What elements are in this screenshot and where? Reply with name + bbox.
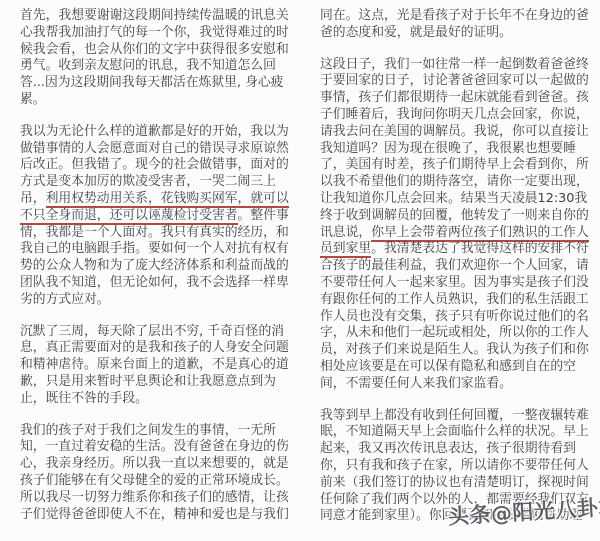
text-segment: 同在。这点，光是看孩子对于长年不在身边的爸 <box>320 8 589 23</box>
text-line: 心我帮我加油打气的每一个你，我觉得难过的时 <box>20 25 292 42</box>
letter-columns: 首先，我想要谢谢这段期间持续传温暖的讯息关心我帮我加油打气的每一个你，我觉得难过… <box>0 0 600 540</box>
text-segment: 了，美国有时差，孩子们期待早上会看到你，所 <box>320 157 589 172</box>
text-segment: 所以我尽一切努力维系你和孩子们的感情，让孩 <box>20 490 289 505</box>
text-line: 合孩子的最佳利益，我们欢迎你一个人回家，请 <box>320 258 592 275</box>
text-segment: 团队我不知道，但无论如何，我不会选择一样卑 <box>20 275 289 290</box>
text-segment: 爸的态度和爱，就是最好的证明。 <box>320 25 512 40</box>
text-segment: 吊， <box>20 191 46 206</box>
text-line: 员，对孩子们来说是陌生人。我认为孩子们和你 <box>320 342 592 359</box>
text-segment: 沉默了三周，每天除了层出不穷, 千奇百怪的消 <box>20 324 284 339</box>
letter-column-left: 首先，我想要谢谢这段期间持续传温暖的讯息关心我帮我加油打气的每一个你，我觉得难过… <box>20 8 292 540</box>
text-line: 作人员也没有交集，孩子只有听你说过他们的名 <box>320 309 592 326</box>
text-line: 势的公众人物和为了庞大经济体系和利益而战的 <box>20 258 292 275</box>
text-line: 眠，不知道隔天早上会面临什么样的状况。早上 <box>320 424 592 441</box>
text-segment: 眠，不知道隔天早上会面临什么样的状况。早上 <box>320 424 589 439</box>
text-line: 息，真正需要面对的是我和孩子的人身安全问题 <box>20 340 292 357</box>
text-line: 同意才能到家里）。你回覆否知你要带网络助理 <box>320 508 592 525</box>
text-line: 答...因为这段期间我每天都活在炼狱里, 身心疲 <box>20 75 292 92</box>
text-segment: 止，既往不咎的手段。 <box>20 391 148 406</box>
text-line: 终于收到调解员的回覆，他转发了一则来自你的 <box>320 208 592 225</box>
text-line: 不要带任何人一起来家里。因为事实是孩子们没 <box>320 275 592 292</box>
text-segment: 于要回家的日子，讨论著爸爸回家可以一起做的 <box>320 73 589 88</box>
text-segment: 请我去问在美国的调解员。我说，你可以直接让 <box>320 124 589 139</box>
text-segment: 首先，我想要谢谢这段期间持续传温暖的讯息关 <box>20 8 289 23</box>
text-line: 爸的态度和爱，就是最好的证明。 <box>320 25 592 42</box>
underlined-phrase: 不只全身而退，还可以诬蔑检讨受害者 <box>20 208 238 225</box>
text-segment: 我们的孩子对于我们之间发生的事情，一无所 <box>20 423 276 438</box>
text-line: 这段日子，我们一如往常一样一起倒数着爸爸终 <box>320 57 592 74</box>
text-line: 做错事情的人会愿意面对自己的错误寻求原谅然 <box>20 141 292 158</box>
text-segment: 心我帮我加油打气的每一个你，我觉得难过的时 <box>20 25 289 40</box>
paragraph: 沉默了三周，每天除了层出不穷, 千奇百怪的消息，真正需要面对的是我和孩子的人身安… <box>20 324 292 408</box>
text-line: 情，我都是一个人面对。我只有真实的经历，和 <box>20 225 292 242</box>
text-line: 团队我不知道，但无论如何，我不会选择一样卑 <box>20 275 292 292</box>
underlined-phrase: 员到家里 <box>320 241 371 258</box>
text-line: 间，不需要任何人来我们家监看。 <box>320 376 592 393</box>
text-line: 相处应该要是在可以保有隐私和感到自在的空 <box>320 359 592 376</box>
text-line: 歉，只是用来暂时平息舆论和让我愿意点到为 <box>20 374 292 391</box>
text-segment: 答...因为这段期间我每天都活在炼狱里, 身心疲 <box>20 75 283 90</box>
text-segment: 作人员也没有交集，孩子只有听你说过他们的名 <box>320 309 589 324</box>
text-line: 起来，我又再次传讯息表达，孩子很期待看到 <box>320 441 592 458</box>
text-line: 我知道吗？因为现在很晚了，我很累也想要睡 <box>320 141 592 158</box>
text-line: 所以我尽一切努力维系你和孩子们的感情，让孩 <box>20 490 292 507</box>
text-line: 让我知道你几点会回来。结果当天凌晨12:30我 <box>320 191 592 208</box>
text-line: 任何除了我们两个以外的人，都需要经我们双方 <box>320 492 592 509</box>
text-segment: 同意才能到家里）。你回覆 <box>320 508 467 523</box>
text-segment: 相处应该要是在可以保有隐私和感到自在的空 <box>320 359 576 374</box>
text-line: 于要回家的日子，讨论著爸爸回家可以一起做的 <box>320 73 592 90</box>
text-line: 心，我亲身经历。所以我一直以来想要的，就是 <box>20 456 292 473</box>
text-segment: 让我知道你几点会回来。结果当天凌晨12:30我 <box>320 191 587 206</box>
paragraph: 我们的孩子对于我们之间发生的事情，一无所知，一直过着安稳的生活。没有爸爸在身边的… <box>20 423 292 524</box>
text-segment: 后改正。但我错了。现今的社会做错事，面对的 <box>20 157 289 172</box>
text-line: 和精神虐待。原来台面上的道歉，不是真心的道 <box>20 357 292 374</box>
text-segment: 势的公众人物和为了庞大经济体系和利益而战的 <box>20 258 289 273</box>
text-line: 沉默了三周，每天除了层出不穷, 千奇百怪的消 <box>20 324 292 341</box>
paragraph: 首先，我想要谢谢这段期间持续传温暖的讯息关心我帮我加油打气的每一个你，我觉得难过… <box>20 8 292 109</box>
text-line: 员到家里。我清楚表达了我觉得这样的安排不符 <box>320 241 592 258</box>
text-segment: 员，对孩子们来说是陌生人。我认为孩子们和你 <box>320 342 589 357</box>
text-segment: 候我会看，也会从你们的文字中获得很多安慰和 <box>20 42 289 57</box>
text-segment: 以我不希望他们的期待落空，请你一定要出现， <box>320 174 589 189</box>
text-line: 劣的方式应对。 <box>20 292 292 309</box>
text-segment: 劣的方式应对。 <box>20 292 110 307</box>
text-line: 了，美国有时差，孩子们期待早上会看到你，所 <box>320 157 592 174</box>
text-segment: 间，不需要任何人来我们家监看。 <box>320 376 512 391</box>
text-segment: 息，真正需要面对的是我和孩子的人身安全问题 <box>20 340 289 355</box>
underlined-phrase: 利用权势动用关系，花钱购买网军，就可以 <box>46 191 289 208</box>
text-line: 讯息说，你早上会带着两位孩子们熟识的工作人 <box>320 225 592 242</box>
text-line: 我自己的电脑跟手指。要如何一个人对抗有权有 <box>20 241 292 258</box>
text-line: 以我不希望他们的期待落空，请你一定要出现， <box>320 174 592 191</box>
text-segment: 子们睡着后，我询问你明天几点会回家，你说， <box>320 107 589 122</box>
text-segment: 子们觉得爸爸即使人不在，精神和爱也是与我们 <box>20 507 289 522</box>
text-segment: 字，从未和他们一起玩或相处，所以你的工作人 <box>320 325 589 340</box>
text-segment: 和精神虐待。原来台面上的道歉，不是真心的道 <box>20 357 289 372</box>
paragraph: 我等到早上都没有收到任何回覆，一整夜辗转难眠，不知道隔天早上会面临什么样的状况。… <box>320 408 592 526</box>
text-line: 止，既往不咎的手段。 <box>20 391 292 408</box>
text-segment: 你，只有我和孩子在家，所以请你不要带任何人 <box>320 458 589 473</box>
text-segment: 这段日子，我们一如往常一样一起倒数着爸爸终 <box>320 57 589 72</box>
text-line: 知，一直过着安稳的生活。没有爸爸在身边的伤 <box>20 439 292 456</box>
text-line: 后改正。但我错了。现今的社会做错事，面对的 <box>20 157 292 174</box>
letter-column-right: 同在。这点，光是看孩子对于长年不在身边的爸爸的态度和爱，就是最好的证明。这段日子… <box>320 8 592 540</box>
paragraph: 我以为无论什么样的道歉都是好的开始，我以为做错事情的人会愿意面对自己的错误寻求原… <box>20 124 292 309</box>
text-segment: 我自己的电脑跟手指。要如何一个人对抗有权有 <box>20 241 289 256</box>
text-line: 同在。这点，光是看孩子对于长年不在身边的爸 <box>320 8 592 25</box>
text-line: 子们觉得爸爸即使人不在，精神和爱也是与我们 <box>20 507 292 524</box>
text-segment: 我以为无论什么样的道歉都是好的开始，我以为 <box>20 124 289 139</box>
text-segment: 否知你要带网络助理 <box>467 508 582 523</box>
paragraph: 同在。这点，光是看孩子对于长年不在身边的爸爸的态度和爱，就是最好的证明。 <box>320 8 592 42</box>
text-line: 我们的孩子对于我们之间发生的事情，一无所 <box>20 423 292 440</box>
text-segment: 。整件事 <box>238 208 289 223</box>
paragraph: 这段日子，我们一如往常一样一起倒数着爸爸终于要回家的日子，讨论著爸爸回家可以一起… <box>320 57 592 393</box>
text-line: 请我去问在美国的调解员。我说，你可以直接让 <box>320 124 592 141</box>
text-segment: 方式是变本加厉的欺凌受害者，一哭二闹三上 <box>20 174 276 189</box>
text-line: 方式是变本加厉的欺凌受害者，一哭二闹三上 <box>20 174 292 191</box>
text-line: 有跟你任何的工作人员熟识，我们的私生活跟工 <box>320 292 592 309</box>
text-segment: 讯息说， <box>320 225 371 240</box>
text-segment: 终于收到调解员的回覆，他转发了一则来自你的 <box>320 208 589 223</box>
text-segment: 情，我都是一个人面对。我只有真实的经历，和 <box>20 225 289 240</box>
text-line: 事情，孩子们都很期待一起床就能看到爸爸。孩 <box>320 90 592 107</box>
underlined-phrase: 你早上会带着两位孩子们熟识的工作人 <box>371 225 589 242</box>
text-line: 你，只有我和孩子在家，所以请你不要带任何人 <box>320 458 592 475</box>
text-line: 累。 <box>20 92 292 109</box>
text-segment: 。我清楚表达了我觉得这样的安排不符 <box>371 241 589 256</box>
text-segment: 事情，孩子们都很期待一起床就能看到爸爸。孩 <box>320 90 589 105</box>
text-segment: 起来，我又再次传讯息表达，孩子很期待看到 <box>320 441 576 456</box>
text-segment: 做错事情的人会愿意面对自己的错误寻求原谅然 <box>20 141 289 156</box>
text-line: 候我会看，也会从你们的文字中获得很多安慰和 <box>20 42 292 59</box>
text-line: 我以为无论什么样的道歉都是好的开始，我以为 <box>20 124 292 141</box>
text-line: 我等到早上都没有收到任何回覆，一整夜辗转难 <box>320 408 592 425</box>
text-segment: 不要带任何人一起来家里。因为事实是孩子们没 <box>320 275 589 290</box>
text-line: 吊，利用权势动用关系，花钱购买网军，就可以 <box>20 191 292 208</box>
text-segment: 歉，只是用来暂时平息舆论和让我愿意点到为 <box>20 374 276 389</box>
text-line: 前来（我们签订的协议也有清楚明订，探视时间 <box>320 475 592 492</box>
text-segment: 合孩子的最佳利益，我们欢迎你一个人回家，请 <box>320 258 589 273</box>
text-line: 孩子们能够在有父母健全的爱的正常环境成长。 <box>20 473 292 490</box>
text-segment: 心，我亲身经历。所以我一直以来想要的，就是 <box>20 456 289 471</box>
text-line: 勇气。收到亲友慰问的讯息，我不知道怎么回 <box>20 58 292 75</box>
text-line: 不只全身而退，还可以诬蔑检讨受害者。整件事 <box>20 208 292 225</box>
text-line: 字，从未和他们一起玩或相处，所以你的工作人 <box>320 325 592 342</box>
statement-page: 首先，我想要谢谢这段期间持续传温暖的讯息关心我帮我加油打气的每一个你，我觉得难过… <box>0 0 600 541</box>
text-segment: 勇气。收到亲友慰问的讯息，我不知道怎么回 <box>20 58 276 73</box>
text-segment: 知，一直过着安稳的生活。没有爸爸在身边的伤 <box>20 439 289 454</box>
text-segment: 累。 <box>20 92 46 107</box>
text-line: 首先，我想要谢谢这段期间持续传温暖的讯息关 <box>20 8 292 25</box>
text-segment: 孩子们能够在有父母健全的爱的正常环境成长。 <box>20 473 289 488</box>
text-segment: 我等到早上都没有收到任何回覆，一整夜辗转难 <box>320 408 589 423</box>
text-segment: 前来（我们签订的协议也有清楚明订，探视时间 <box>320 475 589 490</box>
text-segment: 任何除了我们两个以外的人，都需要经我们双方 <box>320 492 589 507</box>
text-line: 子们睡着后，我询问你明天几点会回家，你说， <box>320 107 592 124</box>
text-segment: 我知道吗？因为现在很晚了，我很累也想要睡 <box>320 141 576 156</box>
text-segment: 有跟你任何的工作人员熟识，我们的私生活跟工 <box>320 292 589 307</box>
